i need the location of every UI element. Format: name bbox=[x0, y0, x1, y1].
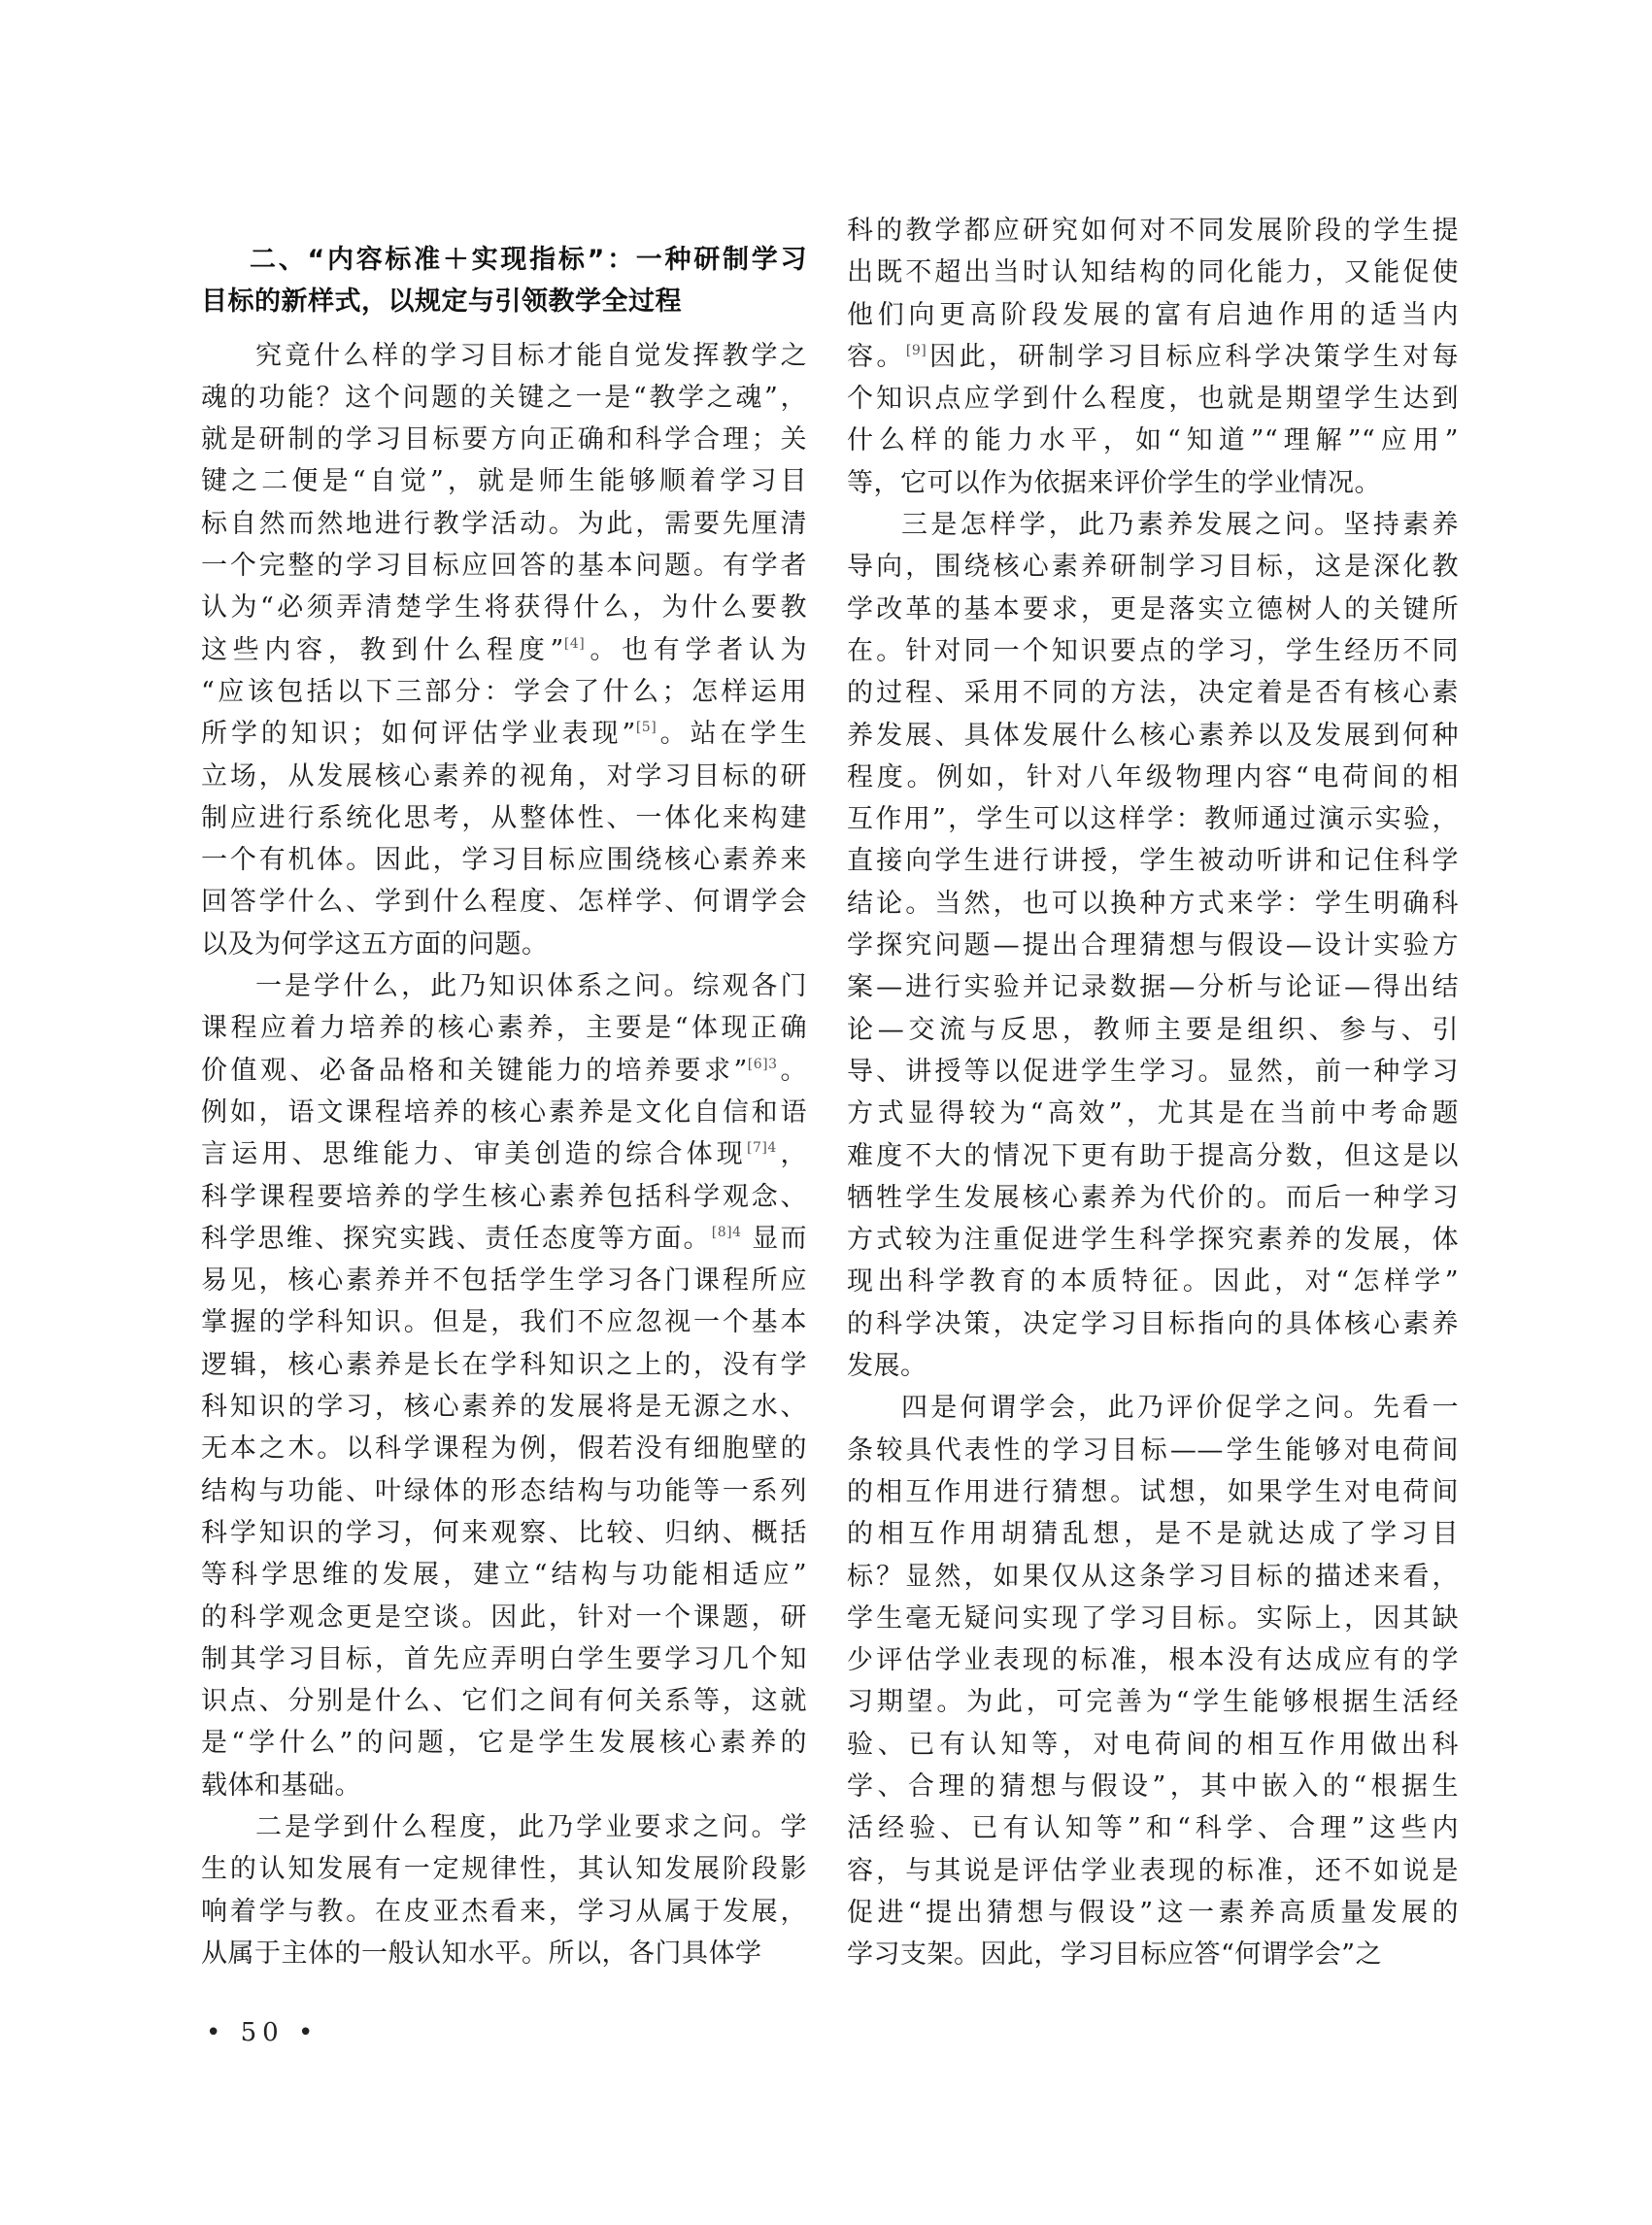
text-line: 习期望。为此，可完善为“学生能够根据生活经 bbox=[847, 1681, 1459, 1723]
text-line: 键之二便是“自觉”，就是师生能够顺着学习目 bbox=[201, 460, 807, 502]
paragraph: 科的教学都应研究如何对不同发展阶段的学生提出既不超出当时认知结构的同化能力，又能… bbox=[847, 210, 1459, 504]
text-line: 从属于主体的一般认知水平。所以，各门具体学 bbox=[201, 1933, 807, 1974]
text-line: 标自然而然地进行教学活动。为此，需要先厘清 bbox=[201, 503, 807, 545]
text-line: 科的教学都应研究如何对不同发展阶段的学生提 bbox=[847, 210, 1459, 252]
text-line: 等科学思维的发展，建立“结构与功能相适应” bbox=[201, 1554, 807, 1596]
text-line: 出既不超出当时认知结构的同化能力，又能促使 bbox=[847, 252, 1459, 293]
text-line: 在。针对同一个知识要点的学习，学生经历不同 bbox=[847, 630, 1459, 672]
text-line: 等，它可以作为依据来评价学生的学业情况。 bbox=[847, 462, 1459, 504]
text-line: 立场，从发展核心素养的视角，对学习目标的研 bbox=[201, 756, 807, 797]
text-line: “应该包括以下三部分：学会了什么；怎样运用 bbox=[201, 671, 807, 713]
text-line: 这些内容，教到什么程度”[4]。也有学者认为 bbox=[201, 629, 807, 671]
text-line: 论—交流与反思，教师主要是组织、参与、引 bbox=[847, 1009, 1459, 1051]
paragraph: 一是学什么，此乃知识体系之问。综观各门课程应着力培养的核心素养，主要是“体现正确… bbox=[201, 965, 807, 1806]
text-line: 牺牲学生发展核心素养为代价的。而后一种学习 bbox=[847, 1177, 1459, 1219]
paragraph: 二是学到什么程度，此乃学业要求之问。学生的认知发展有一定规律性，其认知发展阶段影… bbox=[201, 1806, 807, 1974]
text-line: 科学知识的学习，何来观察、比较、归纳、概括 bbox=[201, 1512, 807, 1554]
citation-marker: [5] bbox=[636, 720, 657, 735]
text-line: 结论。当然，也可以换种方式来学：学生明确科 bbox=[847, 883, 1459, 925]
text-line: 少评估学业表现的标准，根本没有达成应有的学 bbox=[847, 1639, 1459, 1681]
text-line: 现出科学教育的本质特征。因此，对“怎样学” bbox=[847, 1261, 1459, 1302]
text-line: 学改革的基本要求，更是落实立德树人的关键所 bbox=[847, 589, 1459, 630]
heading-line: 二、“内容标准＋实现指标”：一种研制学习 bbox=[201, 239, 807, 281]
text-line: 促进“提出猜想与假设”这一素养高质量发展的 bbox=[847, 1892, 1459, 1934]
text-line: 科知识的学习，核心素养的发展将是无源之水、 bbox=[201, 1386, 807, 1428]
text-line: 回答学什么、学到什么程度、怎样学、何谓学会 bbox=[201, 881, 807, 923]
left-paragraphs: 究竟什么样的学习目标才能自觉发挥教学之魂的功能？这个问题的关键之一是“教学之魂”… bbox=[201, 335, 807, 1975]
text-line: 就是研制的学习目标要方向正确和科学合理；关 bbox=[201, 419, 807, 460]
text-line: 三是怎样学，此乃素养发展之问。坚持素养 bbox=[847, 504, 1459, 546]
text-line: 发展。 bbox=[847, 1345, 1459, 1387]
text-line: 学习支架。因此，学习目标应答“何谓学会”之 bbox=[847, 1934, 1459, 1975]
paragraph: 三是怎样学，此乃素养发展之问。坚持素养导向，围绕核心素养研制学习目标，这是深化教… bbox=[847, 504, 1459, 1387]
text-line: 个知识点应学到什么程度，也就是期望学生达到 bbox=[847, 378, 1459, 420]
text-line: 方式较为注重促进学生科学探究素养的发展，体 bbox=[847, 1219, 1459, 1261]
text-line: 标？显然，如果仅从这条学习目标的描述来看， bbox=[847, 1556, 1459, 1598]
text-line: 逻辑，核心素养是长在学科知识之上的，没有学 bbox=[201, 1344, 807, 1386]
text-line: 学探究问题—提出合理猜想与假设—设计实验方 bbox=[847, 925, 1459, 966]
citation-marker: [8]4 bbox=[712, 1225, 742, 1240]
text-line: 的过程、采用不同的方法，决定着是否有核心素 bbox=[847, 672, 1459, 714]
text-line: 一个完整的学习目标应回答的基本问题。有学者 bbox=[201, 545, 807, 587]
text-line: 以及为何学这五方面的问题。 bbox=[201, 924, 807, 965]
text-line: 案—进行实验并记录数据—分析与论证—得出结 bbox=[847, 966, 1459, 1008]
section-heading: 二、“内容标准＋实现指标”：一种研制学习 目标的新样式，以规定与引领教学全过程 bbox=[201, 239, 807, 323]
text-line: 容，与其说是评估学业表现的标准，还不如说是 bbox=[847, 1850, 1459, 1892]
text-line: 的相互作用胡猜乱想，是不是就达成了学习目 bbox=[847, 1513, 1459, 1555]
left-column: 二、“内容标准＋实现指标”：一种研制学习 目标的新样式，以规定与引领教学全过程 … bbox=[201, 239, 807, 1974]
page-number: • 50 • bbox=[206, 2018, 319, 2047]
text-line: 二是学到什么程度，此乃学业要求之问。学 bbox=[201, 1806, 807, 1848]
citation-marker: [9] bbox=[906, 343, 927, 358]
text-line: 导向，围绕核心素养研制学习目标，这是深化教 bbox=[847, 546, 1459, 588]
text-line: 直接向学生进行讲授，学生被动听讲和记住科学 bbox=[847, 840, 1459, 882]
text-line: 程度。例如，针对八年级物理内容“电荷间的相 bbox=[847, 757, 1459, 798]
text-line: 活经验、已有认知等”和“科学、合理”这些内 bbox=[847, 1807, 1459, 1849]
text-line: 易见，核心素养并不包括学生学习各门课程所应 bbox=[201, 1260, 807, 1301]
text-line: 学生毫无疑问实现了学习目标。实际上，因其缺 bbox=[847, 1598, 1459, 1639]
text-line: 认为“必须弄清楚学生将获得什么，为什么要教 bbox=[201, 587, 807, 628]
text-line: 一个有机体。因此，学习目标应围绕核心素养来 bbox=[201, 839, 807, 881]
text-line: 例如，语文课程培养的核心素养是文化自信和语 bbox=[201, 1092, 807, 1133]
text-line: 价值观、必备品格和关键能力的培养要求”[6]3。 bbox=[201, 1050, 807, 1092]
text-line: 制应进行系统化思考，从整体性、一体化来构建 bbox=[201, 797, 807, 839]
text-line: 的相互作用进行猜想。试想，如果学生对电荷间 bbox=[847, 1471, 1459, 1513]
text-line: 魂的功能？这个问题的关键之一是“教学之魂”， bbox=[201, 377, 807, 419]
text-line: 难度不大的情况下更有助于提高分数，但这是以 bbox=[847, 1135, 1459, 1177]
text-line: 条较具代表性的学习目标——学生能够对电荷间 bbox=[847, 1430, 1459, 1471]
text-line: 什么样的能力水平，如“知道”“理解”“应用” bbox=[847, 420, 1459, 461]
heading-line: 目标的新样式，以规定与引领教学全过程 bbox=[201, 281, 807, 322]
paragraph: 究竟什么样的学习目标才能自觉发挥教学之魂的功能？这个问题的关键之一是“教学之魂”… bbox=[201, 335, 807, 965]
text-line: 是“学什么”的问题，它是学生发展核心素养的 bbox=[201, 1722, 807, 1764]
text-line: 四是何谓学会，此乃评价促学之问。先看一 bbox=[847, 1387, 1459, 1429]
text-line: 课程应着力培养的核心素养，主要是“体现正确 bbox=[201, 1007, 807, 1049]
text-line: 生的认知发展有一定规律性，其认知发展阶段影 bbox=[201, 1848, 807, 1890]
citation-marker: [4] bbox=[564, 636, 585, 652]
text-line: 识点、分别是什么、它们之间有何关系等，这就 bbox=[201, 1680, 807, 1722]
text-line: 所学的知识；如何评估学业表现”[5]。站在学生 bbox=[201, 713, 807, 755]
text-line: 互作用”，学生可以这样学：教师通过演示实验， bbox=[847, 798, 1459, 840]
text-line: 养发展、具体发展什么核心素养以及发展到何种 bbox=[847, 715, 1459, 757]
right-paragraphs: 科的教学都应研究如何对不同发展阶段的学生提出既不超出当时认知结构的同化能力，又能… bbox=[847, 210, 1459, 1975]
text-line: 的科学决策，决定学习目标指向的具体核心素养 bbox=[847, 1303, 1459, 1345]
text-line: 导、讲授等以促进学生学习。显然，前一种学习 bbox=[847, 1051, 1459, 1093]
text-line: 制其学习目标，首先应弄明白学生要学习几个知 bbox=[201, 1638, 807, 1680]
citation-marker: [6]3 bbox=[748, 1057, 778, 1072]
text-line: 验、已有认知等，对电荷间的相互作用做出科 bbox=[847, 1724, 1459, 1766]
text-line: 掌握的学科知识。但是，我们不应忽视一个基本 bbox=[201, 1301, 807, 1343]
text-line: 究竟什么样的学习目标才能自觉发挥教学之 bbox=[201, 335, 807, 377]
text-line: 他们向更高阶段发展的富有启迪作用的适当内 bbox=[847, 294, 1459, 336]
text-line: 方式显得较为“高效”，尤其是在当前中考命题 bbox=[847, 1093, 1459, 1134]
paragraph: 四是何谓学会，此乃评价促学之问。先看一条较具代表性的学习目标——学生能够对电荷间… bbox=[847, 1387, 1459, 1975]
text-line: 载体和基础。 bbox=[201, 1765, 807, 1806]
text-line: 一是学什么，此乃知识体系之问。综观各门 bbox=[201, 965, 807, 1007]
text-line: 结构与功能、叶绿体的形态结构与功能等一系列 bbox=[201, 1470, 807, 1512]
text-line: 科学课程要培养的学生核心素养包括科学观念、 bbox=[201, 1176, 807, 1218]
text-line: 容。[9]因此，研制学习目标应科学决策学生对每 bbox=[847, 336, 1459, 378]
text-line: 无本之木。以科学课程为例，假若没有细胞壁的 bbox=[201, 1428, 807, 1469]
text-line: 言运用、思维能力、审美创造的综合体现[7]4， bbox=[201, 1133, 807, 1175]
text-line: 的科学观念更是空谈。因此，针对一个课题，研 bbox=[201, 1597, 807, 1638]
right-column: 科的教学都应研究如何对不同发展阶段的学生提出既不超出当时认知结构的同化能力，又能… bbox=[847, 210, 1459, 1975]
text-line: 学、合理的猜想与假设”，其中嵌入的“根据生 bbox=[847, 1766, 1459, 1807]
text-line: 科学思维、探究实践、责任态度等方面。[8]4 显而 bbox=[201, 1218, 807, 1260]
text-line: 响着学与教。在皮亚杰看来，学习从属于发展， bbox=[201, 1891, 807, 1933]
citation-marker: [7]4 bbox=[747, 1140, 777, 1156]
